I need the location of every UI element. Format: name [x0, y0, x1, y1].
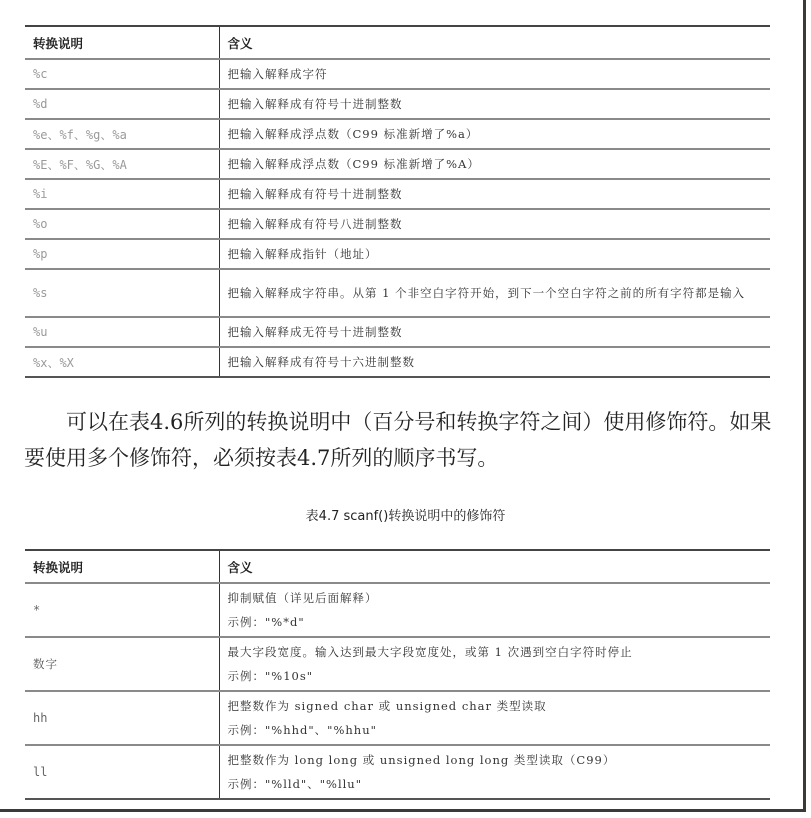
table-header-row: 转换说明 含义: [25, 550, 770, 583]
specifier-cell: %E、%F、%G、%A: [25, 149, 219, 179]
table-row: ll 把整数作为 long long 或 unsigned long long …: [25, 745, 770, 799]
meaning-cell: 把输入解释成有符号十进制整数: [219, 89, 770, 119]
conversion-specifiers-table: 转换说明 含义 %c 把输入解释成字符 %d 把输入解释成有符号十进制整数 %e…: [25, 25, 770, 378]
specifier-cell: %d: [25, 89, 219, 119]
table-row: %d 把输入解释成有符号十进制整数: [25, 89, 770, 119]
example-text: 示例："%*d": [228, 610, 771, 634]
specifier-cell: %u: [25, 317, 219, 347]
specifier-cell: %c: [25, 59, 219, 89]
meaning-cell: 抑制赋值（详见后面解释） 示例："%*d": [219, 583, 770, 637]
specifier-cell: %i: [25, 179, 219, 209]
table-row: %o 把输入解释成有符号八进制整数: [25, 209, 770, 239]
modifier-cell: hh: [25, 691, 219, 745]
table-header-row: 转换说明 含义: [25, 26, 770, 59]
meaning-cell: 把输入解释成指针（地址）: [219, 239, 770, 269]
meaning-cell: 把输入解释成有符号十六进制整数: [219, 347, 770, 377]
meaning-cell: 最大字段宽度。输入达到最大字段宽度处，或第 1 次遇到空白字符时停止 示例："%…: [219, 637, 770, 691]
table-row: * 抑制赋值（详见后面解释） 示例："%*d": [25, 583, 770, 637]
example-text: 示例："%10s": [228, 664, 771, 688]
meaning-text: 最大字段宽度。输入达到最大字段宽度处，或第 1 次遇到空白字符时停止: [228, 640, 771, 664]
modifiers-table: 转换说明 含义 * 抑制赋值（详见后面解释） 示例："%*d" 数字 最大字段宽…: [25, 549, 770, 800]
table-row: %e、%f、%g、%a 把输入解释成浮点数（C99 标准新增了%a）: [25, 119, 770, 149]
header-specifier: 转换说明: [25, 550, 219, 583]
body-paragraph: 可以在表4.6所列的转换说明中（百分号和转换字符之间）使用修饰符。如果要使用多个…: [24, 404, 784, 476]
specifier-cell: %x、%X: [25, 347, 219, 377]
meaning-text: 抑制赋值（详见后面解释）: [228, 586, 771, 610]
meaning-cell: 把输入解释成无符号十进制整数: [219, 317, 770, 347]
document-page: 转换说明 含义 %c 把输入解释成字符 %d 把输入解释成有符号十进制整数 %e…: [0, 0, 806, 812]
header-specifier: 转换说明: [25, 26, 219, 59]
meaning-cell: 把输入解释成字符: [219, 59, 770, 89]
example-text: 示例："%lld"、"%llu": [228, 772, 771, 796]
meaning-cell: 把输入解释成字符串。从第 1 个非空白字符开始，到下一个空白字符之前的所有字符都…: [219, 269, 770, 317]
table-row: %p 把输入解释成指针（地址）: [25, 239, 770, 269]
meaning-text: 把整数作为 signed char 或 unsigned char 类型读取: [228, 694, 771, 718]
header-meaning: 含义: [219, 550, 770, 583]
modifier-cell: *: [25, 583, 219, 637]
meaning-cell: 把输入解释成浮点数（C99 标准新增了%A）: [219, 149, 770, 179]
modifier-cell: 数字: [25, 637, 219, 691]
specifier-cell: %o: [25, 209, 219, 239]
meaning-cell: 把输入解释成浮点数（C99 标准新增了%a）: [219, 119, 770, 149]
meaning-cell: 把输入解释成有符号八进制整数: [219, 209, 770, 239]
table-row: %x、%X 把输入解释成有符号十六进制整数: [25, 347, 770, 377]
specifier-cell: %e、%f、%g、%a: [25, 119, 219, 149]
specifier-cell: %s: [25, 269, 219, 317]
table-row: hh 把整数作为 signed char 或 unsigned char 类型读…: [25, 691, 770, 745]
table-row: %s 把输入解释成字符串。从第 1 个非空白字符开始，到下一个空白字符之前的所有…: [25, 269, 770, 317]
meaning-cell: 把整数作为 long long 或 unsigned long long 类型读…: [219, 745, 770, 799]
table-row: 数字 最大字段宽度。输入达到最大字段宽度处，或第 1 次遇到空白字符时停止 示例…: [25, 637, 770, 691]
example-text: 示例："%hhd"、"%hhu": [228, 718, 771, 742]
header-meaning: 含义: [219, 26, 770, 59]
table-row: %E、%F、%G、%A 把输入解释成浮点数（C99 标准新增了%A）: [25, 149, 770, 179]
table-row: %c 把输入解释成字符: [25, 59, 770, 89]
modifier-cell: ll: [25, 745, 219, 799]
meaning-cell: 把输入解释成有符号十进制整数: [219, 179, 770, 209]
table-row: %u 把输入解释成无符号十进制整数: [25, 317, 770, 347]
meaning-cell: 把整数作为 signed char 或 unsigned char 类型读取 示…: [219, 691, 770, 745]
meaning-text: 把整数作为 long long 或 unsigned long long 类型读…: [228, 748, 771, 772]
table-row: %i 把输入解释成有符号十进制整数: [25, 179, 770, 209]
table-caption: 表4.7 scanf()转换说明中的修饰符: [0, 505, 811, 524]
specifier-cell: %p: [25, 239, 219, 269]
